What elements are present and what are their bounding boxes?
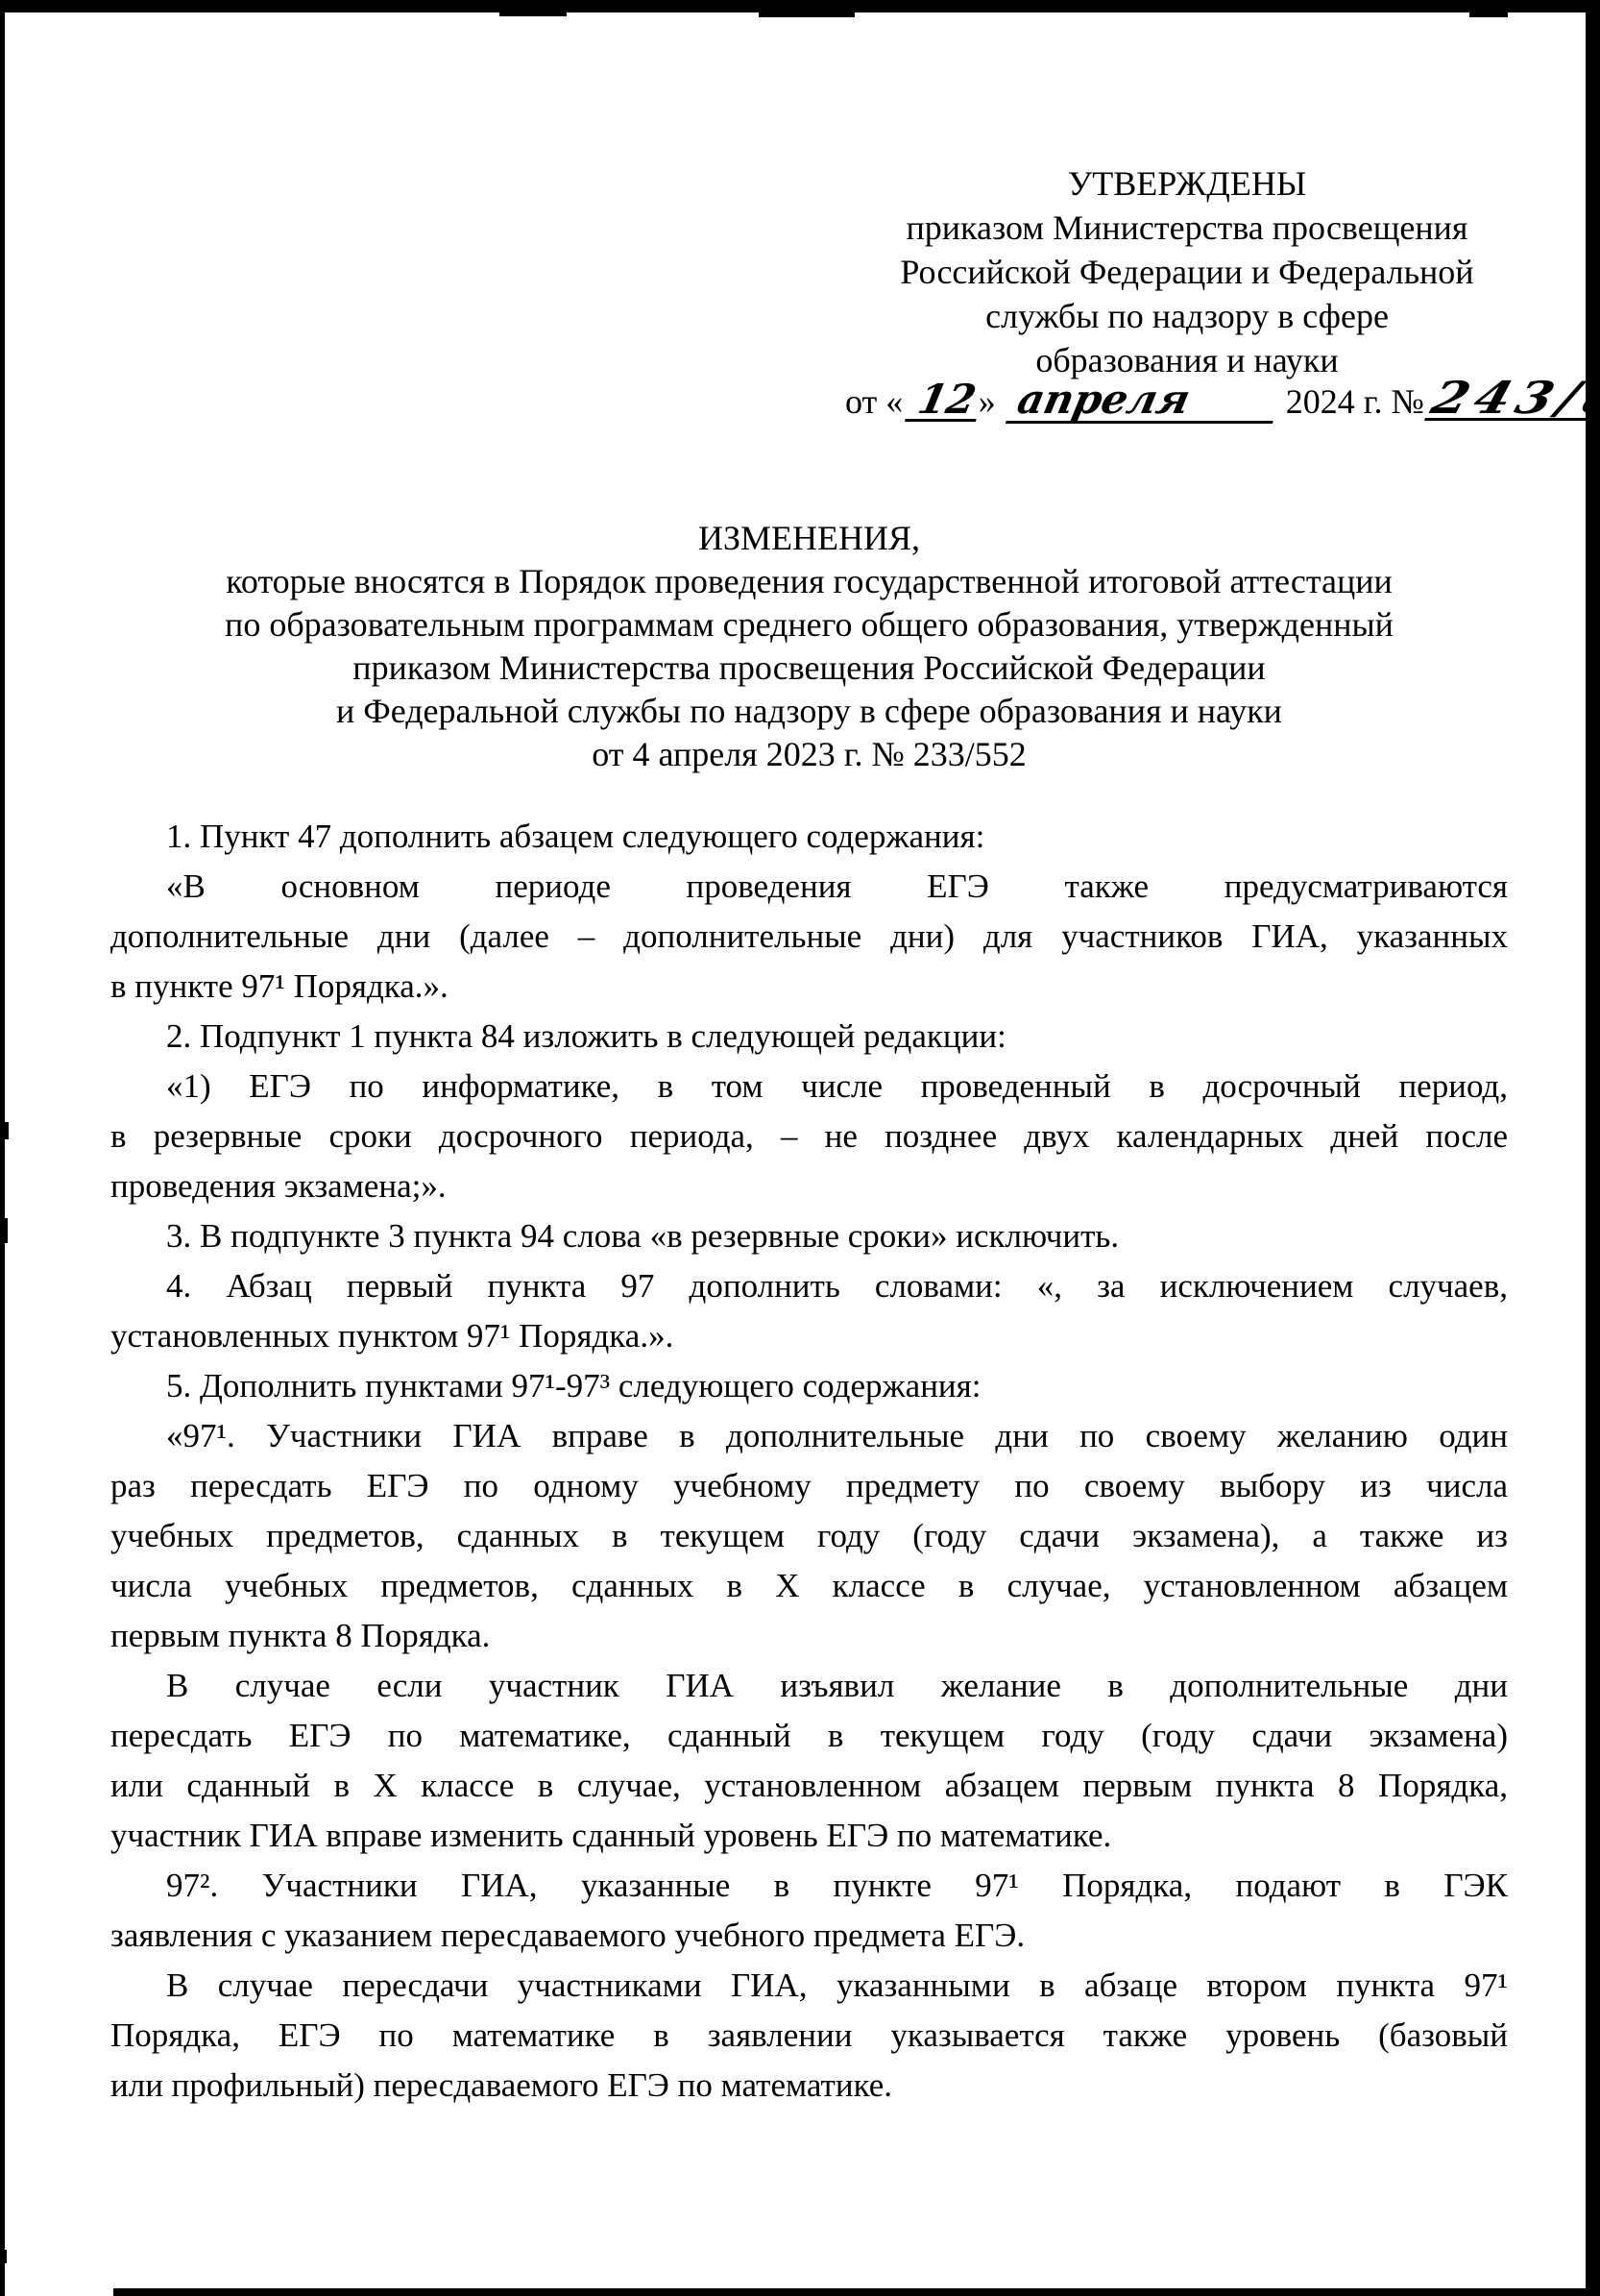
paragraph: 1. Пункт 47 дополнить абзацем следующего… [110,812,1508,862]
approval-line-by-order: приказом Министерства просвещения [860,206,1515,250]
paragraph: В случае пересдачи участниками ГИА, указ… [110,1961,1508,2111]
body-line: учебных предметов, сданных в текущем год… [110,1511,1508,1561]
body-line: пересдать ЕГЭ по математике, сданный в т… [110,1711,1508,1761]
handwritten-order-number: 243/802 [1424,378,1600,421]
body-line: 4. Абзац первый пункта 97 дополнить слов… [110,1261,1508,1311]
scan-artifact [0,1218,8,1243]
scan-border-top [0,0,1600,12]
body-line: первым пункта 8 Порядка. [110,1611,1508,1661]
body-line: Порядка, ЕГЭ по математике в заявлении у… [110,2011,1508,2061]
scan-artifact [759,12,855,17]
body-line: заявления с указанием пересдаваемого уче… [110,1911,1508,1961]
date-prefix: от « [845,382,903,421]
scan-artifact [499,12,567,16]
scan-border-right [1586,0,1600,2296]
body-line: раз пересдать ЕГЭ по одному учебному пре… [110,1461,1508,1511]
approval-block: УТВЕРЖДЕНЫ приказом Министерства просвещ… [860,161,1515,382]
scan-artifact [0,1122,9,1139]
date-year-number-label: 2024 г. № [1286,382,1424,421]
document-body: 1. Пункт 47 дополнить абзацем следующего… [110,812,1508,2111]
handwritten-month: апреля [1006,380,1282,424]
body-line: участник ГИА вправе изменить сданный уро… [110,1811,1508,1861]
paragraph: В случае если участник ГИА изъявил желан… [110,1661,1508,1861]
body-line: в резервные сроки досрочного периода, – … [110,1111,1508,1161]
body-line: «1) ЕГЭ по информатике, в том числе пров… [110,1062,1508,1111]
paragraph: 97². Участники ГИА, указанные в пункте 9… [110,1861,1508,1961]
order-date-line: от «12»апреля2024 г. №243/802 [845,377,1600,427]
title-line-changes: ИЗМЕНЕНИЯ, [110,517,1508,560]
body-line: проведения экзамена;». [110,1161,1508,1211]
paragraph: «1) ЕГЭ по информатике, в том числе пров… [110,1062,1508,1211]
scan-artifact [1469,12,1508,17]
scan-border-bottom [113,2288,1600,2296]
body-line: числа учебных предметов, сданных в Х кла… [110,1561,1508,1611]
body-line: 5. Дополнить пунктами 97¹-97³ следующего… [110,1361,1508,1411]
body-line: В случае пересдачи участниками ГИА, указ… [110,1961,1508,2011]
body-line: В случае если участник ГИА изъявил желан… [110,1661,1508,1711]
handwritten-day: 12 [905,380,985,422]
paragraph: «97¹. Участники ГИА вправе в дополнитель… [110,1411,1508,1661]
body-line: или сданный в Х классе в случае, установ… [110,1761,1508,1811]
title-line-ministry: приказом Министерства просвещения Россий… [110,647,1508,690]
body-line: в пункте 97¹ Порядка.». [110,962,1508,1012]
approval-line-service: службы по надзору в сфере [860,294,1515,338]
paragraph: 4. Абзац первый пункта 97 дополнить слов… [110,1261,1508,1361]
body-line: установленных пунктом 97¹ Порядка.». [110,1311,1508,1361]
title-line-which: которые вносятся в Порядок проведения го… [110,560,1508,603]
title-line-service: и Федеральной службы по надзору в сфере … [110,690,1508,733]
approval-line-federation: Российской Федерации и Федеральной [860,250,1515,294]
scan-artifact [0,2250,7,2263]
body-line: дополнительные дни (далее – дополнительн… [110,912,1508,962]
approval-line-approved: УТВЕРЖДЕНЫ [860,161,1515,206]
scan-border-left [0,0,5,2296]
body-line: или профильный) пересдаваемого ЕГЭ по ма… [110,2061,1508,2111]
body-line: 2. Подпункт 1 пункта 84 изложить в следу… [110,1012,1508,1062]
paragraph: «В основном периоде проведения ЕГЭ также… [110,862,1508,1012]
body-line: 1. Пункт 47 дополнить абзацем следующего… [110,812,1508,862]
body-line: «В основном периоде проведения ЕГЭ также… [110,862,1508,912]
document-title-block: ИЗМЕНЕНИЯ, которые вносятся в Порядок пр… [110,517,1508,776]
paragraph: 3. В подпункте 3 пункта 94 слова «в резе… [110,1211,1508,1261]
paragraph: 5. Дополнить пунктами 97¹-97³ следующего… [110,1361,1508,1411]
scanned-document-page: { "page": { "background_color": "#ffffff… [0,0,1600,2296]
title-line-order-ref: от 4 апреля 2023 г. № 233/552 [110,733,1508,776]
body-line: 97². Участники ГИА, указанные в пункте 9… [110,1861,1508,1911]
paragraph: 2. Подпункт 1 пункта 84 изложить в следу… [110,1012,1508,1062]
body-line: «97¹. Участники ГИА вправе в дополнитель… [110,1411,1508,1461]
title-line-programs: по образовательным программам среднего о… [110,603,1508,647]
body-line: 3. В подпункте 3 пункта 94 слова «в резе… [110,1211,1508,1261]
